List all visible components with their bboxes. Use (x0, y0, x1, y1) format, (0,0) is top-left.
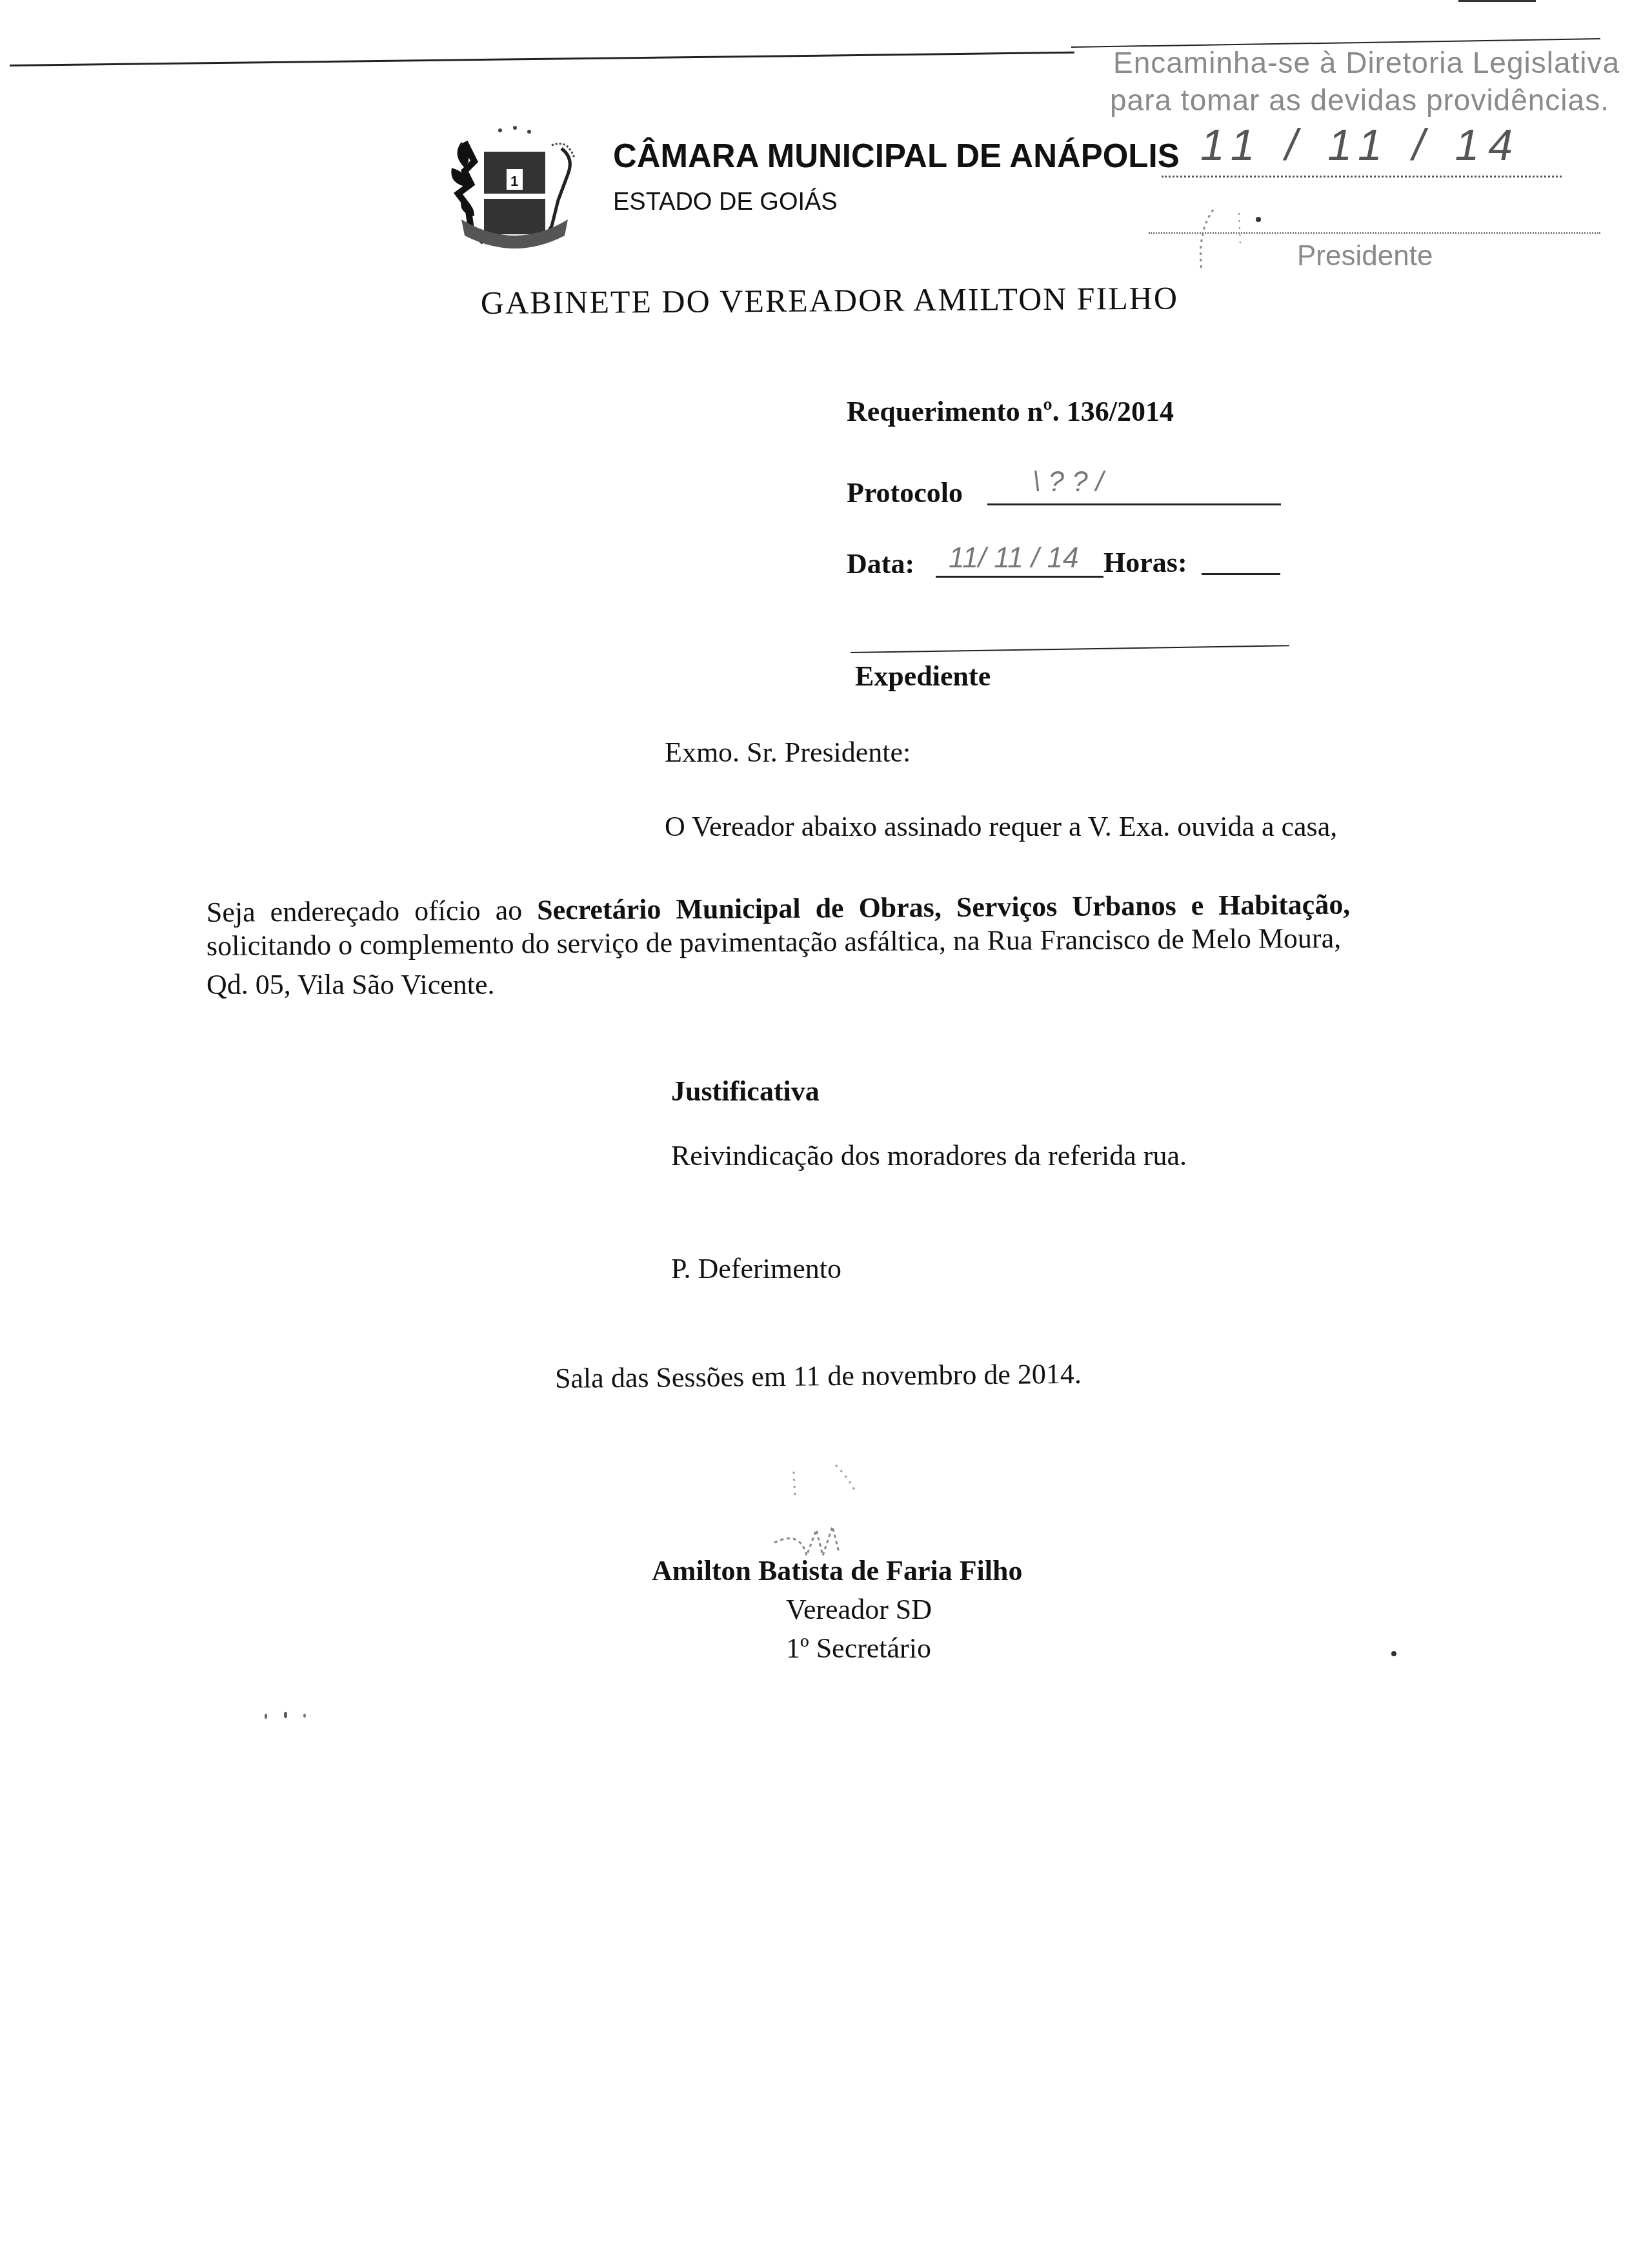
expediente-line (851, 645, 1289, 653)
horas-label: Horas: (1103, 546, 1187, 579)
closing: P. Deferimento (671, 1252, 841, 1285)
stamp-line-1: Encaminha-se à Diretoria Legislativa (1113, 45, 1620, 80)
scan-speck (265, 1714, 267, 1719)
salutation: Exmo. Sr. Presidente: (665, 736, 911, 769)
stamp-handwritten-date: 11 / 11 / 14 (1200, 120, 1522, 170)
protocolo-handwritten-value: \ ? ? / (1032, 466, 1103, 498)
handwritten-signature-icon (1194, 207, 1271, 278)
stamp-date-line (1162, 176, 1562, 178)
cabinet-title: GABINETE DO VEREADOR AMILTON FILHO (481, 279, 1178, 321)
justification-title: Justificativa (671, 1075, 820, 1108)
recipient-secretary: Secretário Municipal de Obras, Serviços … (537, 889, 1350, 926)
organization-name: CÂMARA MUNICIPAL DE ANÁPOLIS (613, 137, 1180, 176)
stamp-line-2: para tomar as devidas providências. (1110, 83, 1609, 117)
expediente-label: Expediente (855, 660, 991, 693)
stamp-president-label: Presidente (1297, 240, 1433, 272)
requerimento-number: Requerimento nº. 136/2014 (847, 395, 1174, 428)
request-line-2: solicitando o complemento do serviço de … (206, 922, 1342, 962)
organization-state: ESTADO DE GOIÁS (613, 188, 838, 216)
svg-text:1: 1 (510, 173, 518, 189)
protocolo-label: Protocolo (847, 476, 963, 509)
request-line-3: Qd. 05, Vila São Vicente. (206, 968, 494, 1001)
data-handwritten-value: 11/ 11 / 14 (949, 542, 1078, 574)
request-prefix: Seja endereçado ofício ao (206, 894, 538, 928)
signatory-name: Amilton Batista de Faria Filho (652, 1554, 1022, 1587)
scan-speck (284, 1712, 287, 1718)
scan-speck (303, 1714, 306, 1718)
place-date: Sala das Sessões em 11 de novembro de 20… (555, 1357, 1082, 1395)
municipal-coat-of-arms-icon: 1 (445, 123, 584, 258)
scan-mark (1458, 0, 1536, 2)
scan-speck (1391, 1651, 1396, 1656)
intro-paragraph: O Vereador abaixo assinado requer a V. E… (665, 810, 1337, 843)
signatory-role: Vereador SD (786, 1593, 932, 1626)
justification-text: Reivindicação dos moradores da referida … (671, 1139, 1187, 1172)
signatory-position: 1º Secretário (786, 1632, 931, 1665)
data-field-line (936, 576, 1103, 578)
protocolo-field-line (987, 503, 1281, 505)
horas-field-line (1202, 573, 1280, 575)
data-label: Data: (847, 547, 914, 580)
scan-line (10, 52, 1074, 66)
